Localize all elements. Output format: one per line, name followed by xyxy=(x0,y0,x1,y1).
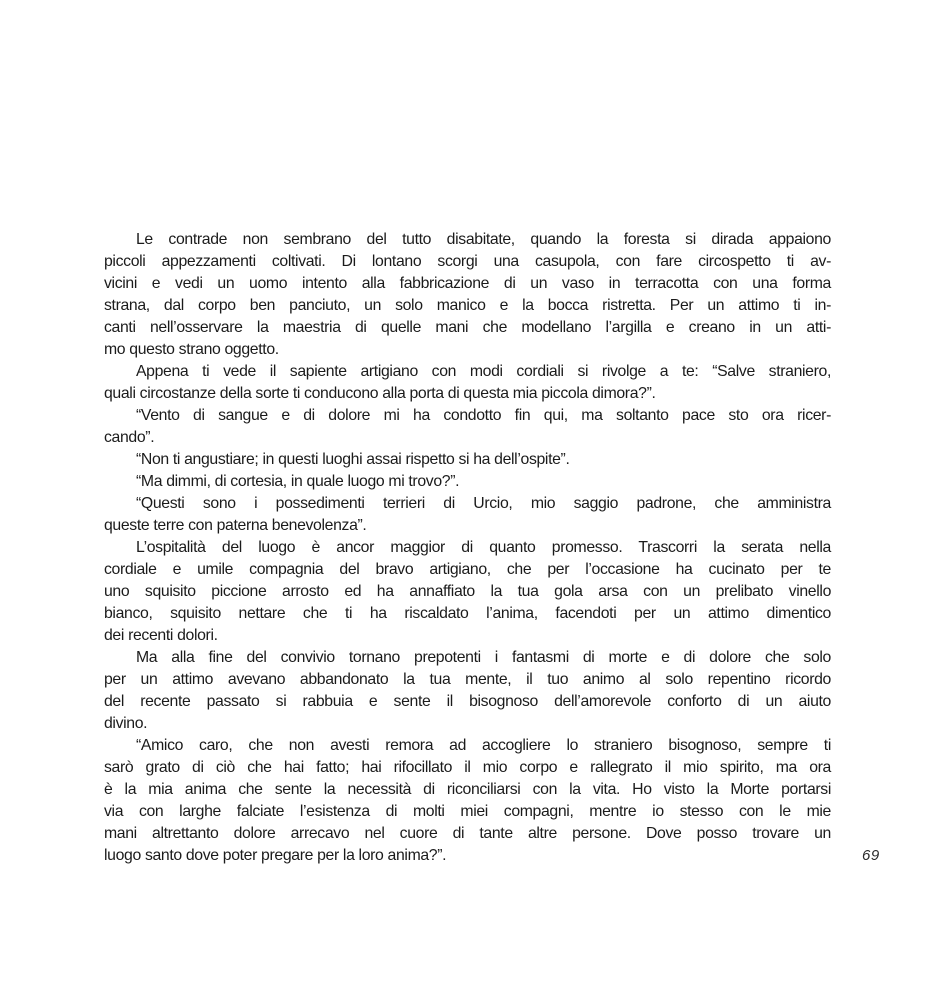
text-line: “Vento di sangue e di dolore mi ha condo… xyxy=(104,405,831,427)
text-line: piccoli appezzamenti coltivati. Di lonta… xyxy=(104,251,831,273)
text-line: sarò grato di ciò che hai fatto; hai rif… xyxy=(104,757,831,779)
text-line: queste terre con paterna benevolenza”. xyxy=(104,515,831,537)
text-line: quali circostanze della sorte ti conduco… xyxy=(104,383,831,405)
body-text: Le contrade non sembrano del tutto disab… xyxy=(104,229,831,867)
text-line: è la mia anima che sente la necessità di… xyxy=(104,779,831,801)
paragraph: Le contrade non sembrano del tutto disab… xyxy=(104,229,831,361)
paragraph: “Vento di sangue e di dolore mi ha condo… xyxy=(104,405,831,449)
text-line: cordiale e umile compagnia del bravo art… xyxy=(104,559,831,581)
text-line: divino. xyxy=(104,713,831,735)
text-line: “Amico caro, che non avesti remora ad ac… xyxy=(104,735,831,757)
paragraph: Ma alla fine del convivio tornano prepot… xyxy=(104,647,831,735)
paragraph: “Non ti angustiare; in questi luoghi ass… xyxy=(104,449,831,471)
paragraph: “Ma dimmi, di cortesia, in quale luogo m… xyxy=(104,471,831,493)
text-line: vicini e vedi un uomo intento alla fabbr… xyxy=(104,273,831,295)
paragraph: L’ospitalità del luogo è ancor maggior d… xyxy=(104,537,831,647)
text-line: strana, dal corpo ben panciuto, un solo … xyxy=(104,295,831,317)
text-line: dei recenti dolori. xyxy=(104,625,831,647)
paragraph: “Amico caro, che non avesti remora ad ac… xyxy=(104,735,831,867)
text-line: “Ma dimmi, di cortesia, in quale luogo m… xyxy=(104,471,831,493)
book-page: Le contrade non sembrano del tutto disab… xyxy=(0,0,942,1000)
text-line: Appena ti vede il sapiente artigiano con… xyxy=(104,361,831,383)
page-number: 69 xyxy=(862,847,902,864)
paragraph: “Questi sono i possedimenti terrieri di … xyxy=(104,493,831,537)
text-line: Ma alla fine del convivio tornano prepot… xyxy=(104,647,831,669)
text-line: “Questi sono i possedimenti terrieri di … xyxy=(104,493,831,515)
text-line: “Non ti angustiare; in questi luoghi ass… xyxy=(104,449,831,471)
text-line: mo questo strano oggetto. xyxy=(104,339,831,361)
text-line: luogo santo dove poter pregare per la lo… xyxy=(104,845,831,867)
text-line: uno squisito piccione arrosto ed ha anna… xyxy=(104,581,831,603)
text-line: via con larghe falciate l’esistenza di m… xyxy=(104,801,831,823)
text-line: Le contrade non sembrano del tutto disab… xyxy=(104,229,831,251)
text-line: cando”. xyxy=(104,427,831,449)
text-line: per un attimo avevano abbandonato la tua… xyxy=(104,669,831,691)
text-line: bianco, squisito nettare che ti ha risca… xyxy=(104,603,831,625)
paragraph: Appena ti vede il sapiente artigiano con… xyxy=(104,361,831,405)
text-line: canti nell’osservare la maestria di quel… xyxy=(104,317,831,339)
text-line: L’ospitalità del luogo è ancor maggior d… xyxy=(104,537,831,559)
text-line: mani altrettanto dolore arrecavo nel cuo… xyxy=(104,823,831,845)
text-line: del recente passato si rabbuia e sente i… xyxy=(104,691,831,713)
